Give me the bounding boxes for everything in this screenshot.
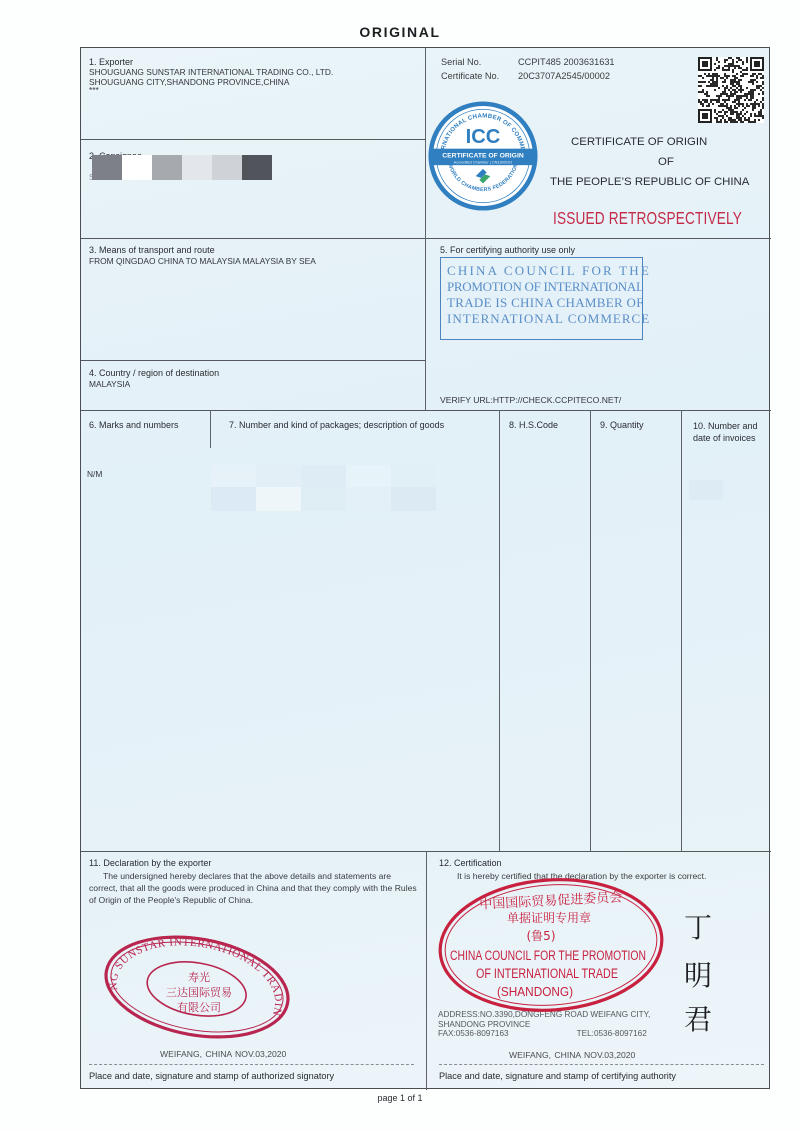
- destination-box: 4. Country / region of destination MALAY…: [89, 368, 419, 390]
- col-header-quantity: 9. Quantity: [600, 420, 680, 431]
- divider-2-3: [81, 238, 771, 239]
- exporter-signature-label: Place and date, signature and stamp of a…: [89, 1071, 334, 1081]
- ccpit-stamp-line-3: TRADE IS CHINA CHAMBER OF: [447, 295, 638, 311]
- exporter-stamp-inner-2: 三达国际贸易: [166, 985, 232, 999]
- authority-signature-line: [439, 1064, 764, 1065]
- ccpit-stamp-en-3: (SHANDONG): [497, 984, 573, 999]
- exporter-signature-line: [89, 1064, 414, 1065]
- ccpit-certifying-stamp: 中国国际贸易促进委员会 单据证明专用章 (鲁5) CHINA COUNCIL F…: [435, 874, 667, 1016]
- verify-url[interactable]: VERIFY URL:HTTP://CHECK.CCPITECO.NET/: [440, 395, 621, 405]
- ccpit-stamp-cn-3: (鲁5): [527, 929, 556, 943]
- icc-certificate-badge: INTERNATIONAL CHAMBER OF COMMERCE ICC CE…: [428, 101, 538, 211]
- col-header-description: 7. Number and kind of packages; descript…: [229, 420, 499, 431]
- exporter-box: 1. Exporter SHOUGUANG SUNSTAR INTERNATIO…: [89, 57, 419, 94]
- address-line-2: SHANDONG PROVINCE: [438, 1020, 650, 1030]
- authority-label: 5. For certifying authority use only: [440, 245, 575, 256]
- col-header-marks: 6. Marks and numbers: [89, 420, 209, 431]
- declaration-text: The undersigned hereby declares that the…: [89, 870, 419, 906]
- divider-3-4: [81, 360, 426, 361]
- authority-box: 5. For certifying authority use only: [440, 245, 575, 256]
- authority-place-date: WEIFANG, CHINA NOV.03,2020: [509, 1050, 635, 1060]
- ccpit-stamp-line-4: INTERNATIONAL COMMERCE: [447, 311, 638, 327]
- address-line-3: FAX:0536-8097163 TEL:0536-8097162: [438, 1029, 650, 1039]
- ccpit-stamp-cn-1: 中国国际贸易促进委员会: [479, 889, 623, 912]
- qr-code-icon[interactable]: [698, 57, 764, 123]
- certification-label: 12. Certification: [439, 858, 502, 869]
- exporter-company-stamp: SHOUGUANG SUNSTAR INTERNATIONAL TRADING …: [99, 933, 295, 1041]
- marks-value: N/M: [87, 470, 102, 480]
- ccpit-stamp-en-1: CHINA COUNCIL FOR THE PROMOTION: [450, 948, 646, 963]
- signature-char-3: 君: [684, 1003, 712, 1036]
- serial-number-row: Serial No. CCPIT485 2003631631: [441, 57, 691, 69]
- ccpit-chamber-stamp: CHINA COUNCIL FOR THE PROMOTION OF INTER…: [440, 257, 643, 340]
- issued-retrospectively-stamp: ISSUED RETROSPECTIVELY: [553, 208, 742, 229]
- icc-logo-text: ICC: [466, 126, 501, 148]
- certificate-number-row: Certificate No. 20C3707A2545/00002: [441, 71, 691, 83]
- handwritten-signature: 丁 明 君: [678, 905, 718, 1041]
- exporter-place-date: WEIFANG, CHINA NOV.03,2020: [160, 1049, 286, 1059]
- col-header-hs-code: 8. H.S.Code: [509, 420, 589, 431]
- transport-label: 3. Means of transport and route: [89, 245, 419, 256]
- authority-signature-label: Place and date, signature and stamp of c…: [439, 1071, 676, 1081]
- certificate-title-line-1: CERTIFICATE OF ORIGIN: [571, 136, 707, 148]
- divider-col-7-8: [499, 410, 500, 851]
- icc-band-sub: Accredited Chamber | CN1300101: [454, 160, 513, 164]
- exporter-extra: ***: [89, 87, 419, 94]
- ccpit-stamp-line-2: PROMOTION OF INTERNATIONAL: [447, 279, 638, 295]
- signature-char-1: 丁: [684, 911, 712, 944]
- ccpit-stamp-line-1: CHINA COUNCIL FOR THE: [447, 263, 638, 279]
- col-header-invoices: 10. Number and date of invoices: [693, 420, 759, 444]
- signature-char-2: 明: [684, 959, 712, 992]
- certificate-title-line-3: THE PEOPLE’S REPUBLIC OF CHINA: [550, 176, 749, 188]
- transport-value: FROM QINGDAO CHINA TO MALAYSIA MALAYSIA …: [89, 257, 419, 267]
- serial-value: CCPIT485 2003631631: [518, 57, 615, 67]
- certificate-label: Certificate No.: [441, 71, 499, 81]
- divider-1-2: [81, 139, 426, 140]
- divider-col-9-10: [681, 410, 682, 851]
- icc-band-title: CERTIFICATE OF ORIGIN: [442, 152, 524, 159]
- ccpit-stamp-cn-2: 单据证明专用章: [507, 910, 591, 925]
- divider-col-8-9: [590, 410, 591, 851]
- exporter-stamp-inner-1: 寿光: [188, 970, 210, 984]
- exporter-stamp-inner-3: 有限公司: [177, 1001, 221, 1014]
- page-indicator: page 1 of 1: [0, 1093, 800, 1103]
- divider-top-vertical: [425, 48, 426, 410]
- exporter-address: SHOUGUANG CITY,SHANDONG PROVINCE,CHINA: [89, 78, 419, 88]
- certificate-form: 1. Exporter SHOUGUANG SUNSTAR INTERNATIO…: [80, 47, 770, 1089]
- ccpit-stamp-en-2: OF INTERNATIONAL TRADE: [476, 966, 618, 981]
- divider-goods-top: [81, 410, 771, 411]
- transport-box: 3. Means of transport and route FROM QIN…: [89, 245, 419, 267]
- destination-label: 4. Country / region of destination: [89, 368, 419, 379]
- certificate-title-line-2: OF: [658, 156, 674, 168]
- declaration-label: 11. Declaration by the exporter: [89, 858, 211, 869]
- destination-value: MALAYSIA: [89, 380, 419, 390]
- serial-label: Serial No.: [441, 57, 481, 67]
- divider-bottom-vertical: [426, 851, 427, 1090]
- divider-col-6-7: [210, 410, 211, 448]
- certificate-value: 20C3707A2545/00002: [518, 71, 610, 81]
- document-heading: ORIGINAL: [0, 24, 800, 40]
